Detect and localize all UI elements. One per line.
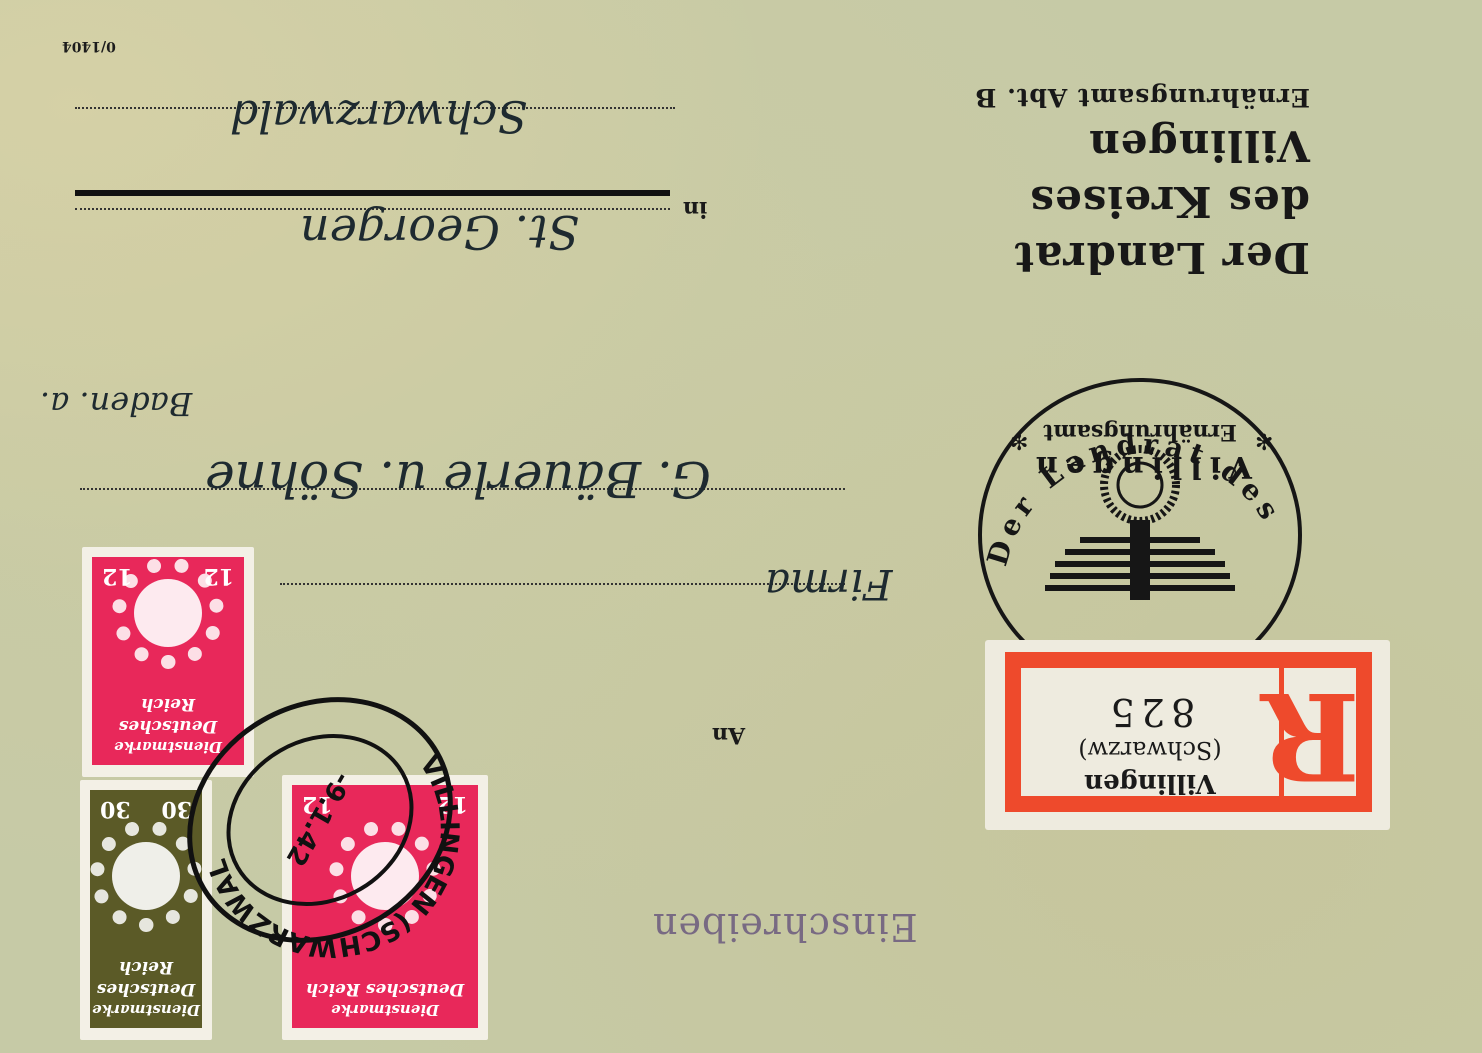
stamp-line-1: Dienstmarke [90, 1000, 202, 1020]
an-label: An [712, 722, 745, 748]
sender-line-1: Der Landrat [870, 229, 1310, 285]
registration-number: 825 [1025, 690, 1275, 734]
einschreiben-handstamp: Einschreiben [652, 905, 918, 949]
svg-text:-9.1.42: -9.1.42 [280, 767, 357, 871]
handwritten-line-baden: Baden. a. [40, 385, 192, 423]
stamp-value: 12 [102, 563, 133, 589]
sender-block: Der Landrat des Kreises Villingen Ernähr… [870, 95, 1310, 285]
svg-text:Villingen: Villingen [1028, 449, 1253, 484]
registration-texts: Villingen (Schwarzw) 825 [1025, 670, 1275, 800]
address-dotted-line [280, 583, 845, 585]
seal-graphic: Der Landrat des Kreises Villingen Ernähr… [975, 375, 1310, 685]
postmark-graphic: VILLINGEN (SCHWARZWALD) -9.1.42 [170, 670, 470, 970]
svg-text:Ernährungsamt: Ernährungsamt [1042, 419, 1236, 445]
registration-city: Villingen [1025, 766, 1275, 800]
form-number-text: 0/1404 [62, 38, 116, 54]
address-solid-line [75, 190, 670, 196]
registration-r-letter: R [1285, 675, 1360, 795]
handwritten-line-schwarzwald: Schwarzwald [230, 90, 527, 141]
einschreiben-text: Einschreiben [652, 905, 918, 949]
handwritten-line-st-georgen: St. Georgen [300, 205, 579, 259]
handwritten-line-recipient: G. Bäuerle u. Söhne [205, 450, 711, 508]
stamp-line-1: Dienstmarke [292, 1000, 478, 1020]
stamp-line-2: Deutsches Reich [292, 978, 478, 1000]
svg-text:✻: ✻ [1010, 431, 1028, 456]
postmark: VILLINGEN (SCHWARZWALD) -9.1.42 [170, 670, 470, 970]
sender-line-3: Ernährungsamt Abt. B [870, 77, 1310, 117]
svg-text:✻: ✻ [1255, 431, 1273, 456]
stamp-value: 30 [100, 796, 131, 822]
sender-line-2: des Kreises Villingen [870, 117, 1310, 229]
registration-region: (Schwarzw) [1025, 734, 1275, 766]
in-label: in [683, 196, 707, 222]
form-number: 0/1404 [62, 38, 116, 54]
svg-text:VILLINGEN (SCHWARZWALD): VILLINGEN (SCHWARZWALD) [199, 722, 470, 970]
stamp-value: 12 [203, 563, 234, 589]
official-seal: Der Landrat des Kreises Villingen Ernähr… [975, 375, 1310, 685]
registration-label: R Villingen (Schwarzw) 825 [985, 640, 1390, 830]
handwritten-line-firma: Firma [765, 560, 893, 609]
